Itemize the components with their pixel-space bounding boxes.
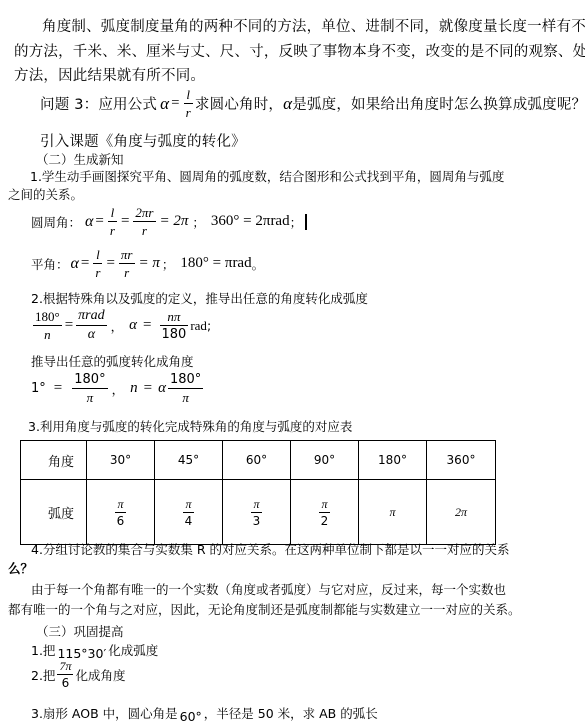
- separator: ；: [192, 213, 205, 231]
- table-cell: π4: [155, 480, 223, 545]
- item-4-answer-line-1: 由于每一个角都有唯一的一个实数（角度或者弧度）与它对应，反过来，每一个实数也: [31, 580, 506, 598]
- item-4-answer-line-2: 都有唯一的一个角与之对应，因此，无论角度制还是弧度制都能与实数建立一一对应的关系…: [8, 600, 521, 618]
- fraction-7pi-over-6: 7π 6: [57, 660, 73, 689]
- result-pi: = π: [139, 255, 160, 272]
- exercise-1: 1.把 115°30′ 化成弧度: [31, 641, 158, 659]
- equals-sign: =: [95, 213, 103, 230]
- unit-rad: rad: [190, 318, 207, 334]
- degree-equation-180: 180° = πrad: [180, 255, 251, 272]
- fraction-pi-over-2: π2: [319, 498, 331, 527]
- full-angle-label: 圆周角：: [31, 213, 81, 231]
- table-cell: 180°: [359, 441, 427, 480]
- straight-angle-label: 平角：: [31, 255, 69, 273]
- equals-sign: =: [65, 317, 73, 334]
- degree-to-radian-formula: 180° n = πrad α ， α = nπ 180 rad ;: [31, 309, 211, 342]
- table-row-radians: 弧度 π6 π4 π3 π2 π 2π: [21, 480, 496, 545]
- fraction-pi-over-3: π3: [251, 498, 263, 527]
- table-cell: π3: [223, 480, 291, 545]
- exercise-3-value: 60°: [180, 709, 202, 724]
- question-3: 问题 3：应用公式 α = l r 求圆心角时， α 是弧度，如果给出角度时怎么…: [40, 88, 585, 119]
- alpha-symbol: α: [71, 255, 79, 273]
- fraction-180-over-pi: 180° π: [168, 373, 203, 404]
- text-cursor: [305, 214, 307, 230]
- fraction-l-over-r: l r: [108, 206, 117, 237]
- item-3-line-1: 3.利用角度与弧度的转化完成特殊角的角度与弧度的对应表: [28, 417, 352, 435]
- question-3-mid: 求圆心角时，: [195, 93, 283, 114]
- alpha-symbol: α: [158, 380, 166, 397]
- item-4-line-1: 4.分组讨论教的集合与实数集 R 的对应关系。在这两种单位制下都是以一一对应的关…: [31, 540, 510, 558]
- angle-radian-table: 角度 30° 45° 60° 90° 180° 360° 弧度 π6 π4 π3…: [20, 440, 496, 545]
- full-angle-formula: 圆周角： α = l r = 2πr r = 2π ； 360° = 2πrad…: [31, 206, 307, 237]
- table-cell: 2π: [427, 480, 496, 545]
- exercise-3-prefix: 3.扇形 AOB 中，圆心角是: [31, 704, 178, 722]
- table-cell: π2: [291, 480, 359, 545]
- table-cell: 45°: [155, 441, 223, 480]
- exercise-3-suffix: ，半径是 50 米，求 AB 的弧长: [204, 704, 378, 722]
- item-2-line-2: 推导出任意的弧度转化成角度: [31, 352, 194, 370]
- table-row-degrees: 角度 30° 45° 60° 90° 180° 360°: [21, 441, 496, 480]
- intro-line-3: 方法，因此结果就有所不同。: [14, 64, 205, 85]
- degree-equation-360: 360° = 2πrad: [211, 213, 290, 230]
- comma: ，: [112, 380, 125, 398]
- alpha-symbol: α: [129, 317, 137, 334]
- one-degree: 1°: [31, 381, 46, 396]
- formula-l-over-r: l r: [184, 88, 193, 119]
- n-symbol: n: [130, 380, 138, 397]
- fraction-pir-over-r: πr r: [119, 248, 135, 279]
- fraction-pirad-over-alpha: πrad α: [76, 309, 106, 342]
- table-cell: π: [359, 480, 427, 545]
- exercise-2-suffix: 化成角度: [75, 666, 125, 684]
- equals-sign: =: [121, 213, 129, 230]
- equals-sign: =: [106, 255, 114, 272]
- table-cell: 360°: [427, 441, 496, 480]
- section-3-heading: （三）巩固提高: [36, 622, 124, 640]
- table-cell: 90°: [291, 441, 359, 480]
- intro-line-2: 的方法，千米、米、厘米与丈、尺、寸，反映了事物本身不变，改变的是不同的观察、处理: [14, 40, 585, 61]
- exercise-1-prefix: 1.把: [31, 641, 55, 659]
- fraction-l-over-r: l r: [93, 248, 102, 279]
- item-4-line-2: 么？: [8, 559, 33, 577]
- row-label-degrees: 角度: [21, 441, 87, 480]
- fraction-180-over-pi: 180° π: [72, 373, 107, 404]
- item-2-line-1: 2.根据特殊角以及弧度的定义，推导出任意的角度转化成弧度: [31, 289, 368, 307]
- exercise-2-prefix: 2.把: [31, 666, 55, 684]
- question-3-prefix: 问题 3：应用公式: [40, 93, 157, 114]
- row-label-radians: 弧度: [21, 480, 87, 545]
- exercise-1-suffix: 化成弧度: [108, 641, 158, 659]
- item-1-line-2: 之间的关系。: [8, 185, 83, 203]
- separator: ;: [207, 318, 211, 333]
- table-cell: π6: [87, 480, 155, 545]
- question-3-suffix: 是弧度，如果给出角度时怎么换算成弧度呢？: [292, 93, 585, 114]
- exercise-2: 2.把 7π 6 化成角度: [31, 660, 125, 689]
- fraction-pi-over-6: π6: [115, 498, 127, 527]
- fraction-pi-over-4: π4: [183, 498, 195, 527]
- straight-angle-formula: 平角： α = l r = πr r = π ； 180° = πrad 。: [31, 248, 264, 279]
- equals-sign: =: [54, 380, 62, 397]
- alpha-symbol: α: [283, 94, 292, 114]
- section-2-heading: （二）生成新知: [36, 150, 124, 168]
- separator: ；: [162, 255, 175, 273]
- alpha-symbol: α: [160, 94, 169, 114]
- equals-sign: =: [171, 95, 179, 112]
- intro-line-1: 角度制、弧度制度量角的两种不同的方法，单位、进制不同，就像度量长度一样有不同: [42, 15, 585, 36]
- separator: ；: [290, 213, 303, 231]
- equals-sign: =: [81, 255, 89, 272]
- fraction-2pir-over-r: 2πr r: [133, 206, 155, 237]
- topic-intro: 引入课题《角度与弧度的转化》: [40, 130, 246, 151]
- table-cell: 30°: [87, 441, 155, 480]
- alpha-symbol: α: [85, 213, 93, 231]
- fraction-180-over-n: 180° n: [33, 310, 62, 341]
- fraction-npi-over-180: nπ 180: [160, 310, 189, 341]
- period: 。: [252, 255, 265, 273]
- equals-sign: =: [144, 380, 152, 397]
- item-1-line-1: 1.学生动手画图探究平角、圆周角的弧度数，结合图形和公式找到平角，圆周角与弧度: [30, 167, 504, 185]
- result-2pi: = 2π: [160, 213, 189, 230]
- comma: ，: [111, 317, 124, 335]
- radian-to-degree-formula: 1° = 180° π ， n = α 180° π: [31, 373, 205, 404]
- equals-sign: =: [143, 317, 151, 334]
- table-cell: 60°: [223, 441, 291, 480]
- exercise-3: 3.扇形 AOB 中，圆心角是 60° ，半径是 50 米，求 AB 的弧长: [31, 704, 378, 722]
